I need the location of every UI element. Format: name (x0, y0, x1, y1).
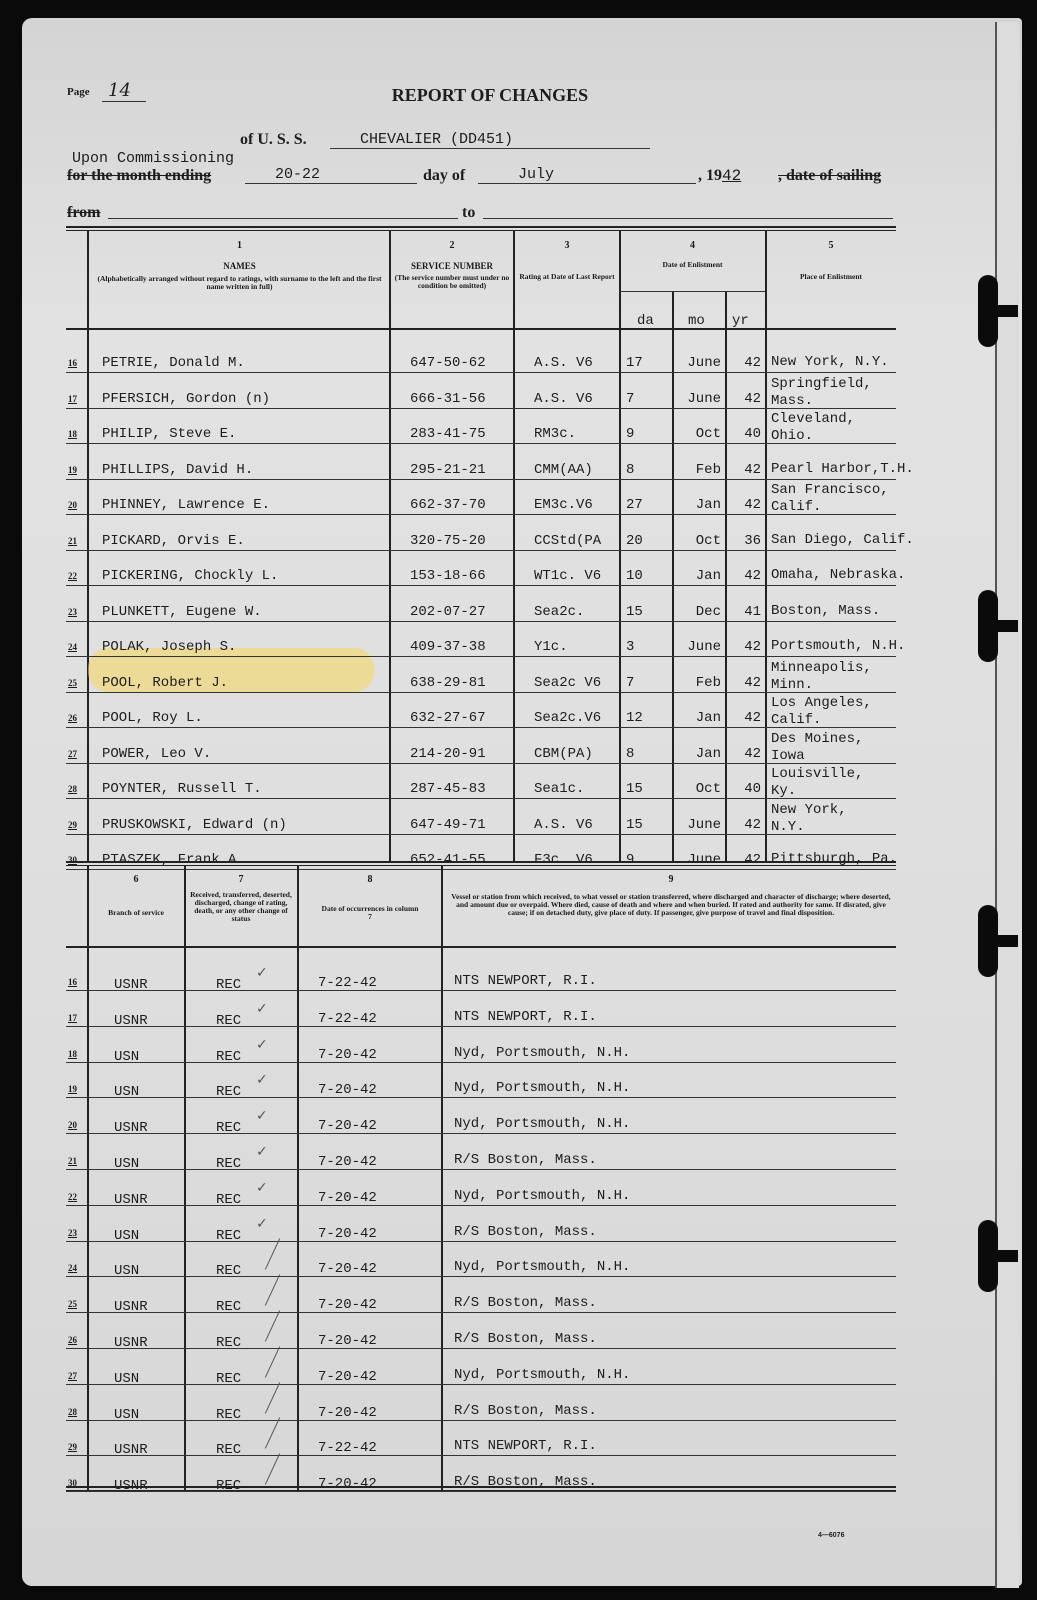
row-rule (66, 1026, 896, 1027)
year-value: 42 (722, 167, 741, 185)
rating: Y1c. (534, 640, 568, 655)
occurrence-date: 7-20-42 (318, 1048, 377, 1063)
rating: A.S. V6 (534, 392, 593, 407)
row-rule (66, 798, 896, 799)
row-number: 20 (68, 500, 77, 510)
column-divider (87, 866, 89, 1490)
occurrence-date: 7-20-42 (318, 1155, 377, 1170)
occurrence-date: 7-20-42 (318, 1370, 377, 1385)
station: Nyd, Portsmouth, N.H. (454, 1081, 630, 1096)
enlist-year: 36 (727, 534, 761, 549)
occurrence-date: 7-20-42 (318, 1119, 377, 1134)
row-rule (66, 479, 896, 480)
column-divider (297, 866, 299, 1490)
column-header-rating: 3 Rating at Date of Last Report (516, 240, 618, 281)
enlist-place-line1: Omaha, Nebraska. (771, 567, 905, 584)
enlist-year: 40 (727, 427, 761, 442)
column-divider (765, 231, 767, 863)
row-number: 20 (68, 1120, 77, 1130)
enlist-month: Jan (674, 569, 721, 584)
section-divider-rule (66, 861, 896, 866)
enlist-place-line1: Portsmouth, N.H. (771, 638, 905, 655)
enlist-day: 15 (626, 605, 643, 620)
row-rule (66, 1491, 896, 1492)
person-name[interactable]: POWER, Leo V. (102, 747, 211, 762)
row-number: 17 (68, 1013, 77, 1023)
service-number: 632-27-67 (410, 711, 486, 726)
subheader-rule (619, 291, 765, 292)
row-rule (66, 1133, 896, 1134)
row-number: 28 (68, 784, 77, 794)
enlist-year: 42 (727, 392, 761, 407)
checkmark-icon: ✓ (256, 1001, 268, 1017)
row-rule (66, 514, 896, 515)
rating: RM3c. (534, 427, 576, 442)
enlist-place: New York, N.Y. (771, 802, 847, 836)
enlist-year: 41 (727, 605, 761, 620)
checkmark-icon: ✓ (256, 1072, 268, 1088)
enlist-year: 42 (727, 818, 761, 833)
station: R/S Boston, Mass. (454, 1296, 597, 1311)
month-value: July (478, 166, 696, 184)
column-divider (87, 231, 89, 863)
form-number: 4—6076 (818, 1532, 844, 1539)
row-rule (66, 1276, 896, 1277)
binder-strip (995, 22, 1019, 1588)
enlist-year: 42 (727, 640, 761, 655)
enlist-place-line1: Pearl Harbor,T.H. (771, 461, 914, 478)
row-rule (66, 869, 896, 870)
enlist-month: June (674, 640, 721, 655)
row-number: 21 (68, 1156, 77, 1166)
enlist-place: Boston, Mass. (771, 603, 880, 620)
row-number: 17 (68, 394, 77, 404)
row-rule (66, 1205, 896, 1206)
binder-clip-icon (978, 905, 998, 977)
row-number: 24 (68, 1263, 77, 1273)
rating: Sea1c. (534, 782, 584, 797)
occurrence-date: 7-20-42 (318, 1334, 377, 1349)
enlist-month: Feb (674, 676, 721, 691)
person-name[interactable]: PHILIP, Steve E. (102, 427, 236, 442)
enlist-place-line1: Springfield, (771, 376, 872, 393)
enlist-year: 40 (727, 782, 761, 797)
enlist-day: 3 (626, 640, 634, 655)
binder-clip-icon (978, 1220, 998, 1292)
rating: EM3c.V6 (534, 498, 593, 513)
enlist-place: Louisville, Ky. (771, 766, 863, 800)
row-number: 27 (68, 749, 77, 759)
station: R/S Boston, Mass. (454, 1153, 597, 1168)
station: R/S Boston, Mass. (454, 1225, 597, 1240)
row-rule (66, 990, 896, 991)
checkmark-icon: ✓ (256, 1180, 268, 1196)
header-bottom-rule (66, 328, 896, 330)
enlist-day: 27 (626, 498, 643, 513)
column-divider (441, 866, 443, 1490)
enlist-day: 7 (626, 676, 634, 691)
to-field-line (483, 218, 893, 219)
enlist-place: Des Moines, Iowa (771, 731, 863, 765)
ship-name: CHEVALIER (DD451) (330, 131, 650, 149)
month-ending-label: for the month ending (67, 167, 211, 185)
enlist-year: 42 (727, 569, 761, 584)
row-number: 16 (68, 358, 77, 368)
row-rule (66, 727, 896, 728)
column-divider (184, 866, 186, 1490)
row-number: 16 (68, 977, 77, 987)
rating: Sea2c. (534, 605, 584, 620)
row-number: 24 (68, 642, 77, 652)
service-number: 202-07-27 (410, 605, 486, 620)
enlist-month: Oct (674, 534, 721, 549)
column-divider (389, 231, 391, 863)
row-number: 26 (68, 1335, 77, 1345)
enlist-day: 8 (626, 747, 634, 762)
header-bottom-rule (66, 946, 896, 948)
enlist-place-line1: New York, N.Y. (771, 354, 889, 371)
enlist-year: 42 (727, 676, 761, 691)
person-name[interactable]: POOL, Roy L. (102, 711, 203, 726)
person-name[interactable]: PLUNKETT, Eugene W. (102, 605, 262, 620)
enlist-place: Omaha, Nebraska. (771, 567, 905, 584)
service-number: 320-75-20 (410, 534, 486, 549)
enlist-month: Jan (674, 711, 721, 726)
station: NTS NEWPORT, R.I. (454, 1439, 597, 1454)
row-rule (66, 372, 896, 373)
person-name[interactable]: PICKERING, Chockly L. (102, 569, 278, 584)
station: NTS NEWPORT, R.I. (454, 1010, 597, 1025)
column-divider (513, 231, 515, 863)
row-rule (66, 1062, 896, 1063)
column-header-place: 5 Place of Enlistment (767, 240, 895, 281)
enlist-place: Minneapolis, Minn. (771, 660, 872, 694)
binder-clip-icon (978, 275, 998, 347)
row-number: 19 (68, 1084, 77, 1094)
row-number: 29 (68, 1442, 77, 1452)
occurrence-date: 7-22-42 (318, 1012, 377, 1027)
enlist-place-line1: Louisville, (771, 766, 863, 783)
person-name[interactable]: PFERSICH, Gordon (n) (102, 392, 270, 407)
occurrence-date: 7-22-42 (318, 1441, 377, 1456)
enlist-month: Dec (674, 605, 721, 620)
enlist-month: Oct (674, 427, 721, 442)
uss-label: of U. S. S. (240, 131, 307, 149)
enlist-day: 12 (626, 711, 643, 726)
column-header-enlistment-date: 4 Date of Enlistment (620, 240, 765, 269)
column-header-year: yr (732, 314, 749, 329)
row-rule (66, 1241, 896, 1242)
row-number: 18 (68, 429, 77, 439)
enlist-place: Springfield, Mass. (771, 376, 872, 410)
station: Nyd, Portsmouth, N.H. (454, 1260, 630, 1275)
rating: Sea2c V6 (534, 676, 601, 691)
service-number: 662-37-70 (410, 498, 486, 513)
enlist-day: 10 (626, 569, 643, 584)
year-label: , 19 (698, 167, 722, 184)
occurrence-date: 7-20-42 (318, 1406, 377, 1421)
row-rule (66, 1384, 896, 1385)
station: R/S Boston, Mass. (454, 1404, 597, 1419)
enlist-day: 17 (626, 356, 643, 371)
enlist-month: Jan (674, 498, 721, 513)
enlist-place-line1: Minneapolis, (771, 660, 872, 677)
rating: A.S. V6 (534, 818, 593, 833)
from-field-line (108, 218, 458, 219)
to-label: to (462, 204, 475, 222)
binder-clip-icon (978, 590, 998, 662)
row-number: 25 (68, 1299, 77, 1309)
row-rule (66, 621, 896, 622)
checkmark-icon: ✓ (256, 965, 268, 981)
occurrence-date: 7-22-42 (318, 976, 377, 991)
row-number: 18 (68, 1049, 77, 1059)
row-rule (66, 834, 896, 835)
checkmark-icon: ✓ (256, 1144, 268, 1160)
enlist-day: 15 (626, 818, 643, 833)
occurrence-date: 7-20-42 (318, 1191, 377, 1206)
enlist-day: 7 (626, 392, 634, 407)
row-rule (66, 656, 896, 657)
column-header-month: mo (688, 314, 705, 329)
enlist-place: Cleveland, Ohio. (771, 411, 855, 445)
service-number: 283-41-75 (410, 427, 486, 442)
enlist-day: 15 (626, 782, 643, 797)
person-name[interactable]: PRUSKOWSKI, Edward (n) (102, 818, 287, 833)
column-divider (619, 231, 621, 863)
station: Nyd, Portsmouth, N.H. (454, 1368, 630, 1383)
enlist-month: Jan (674, 747, 721, 762)
service-number: 153-18-66 (410, 569, 486, 584)
service-number: 647-50-62 (410, 356, 486, 371)
enlist-month: Oct (674, 782, 721, 797)
row-rule (66, 550, 896, 551)
row-number: 28 (68, 1407, 77, 1417)
row-number: 25 (68, 678, 77, 688)
person-name[interactable]: PHILLIPS, David H. (102, 463, 253, 478)
occurrence-date: 7-20-42 (318, 1227, 377, 1242)
rating: WT1c. V6 (534, 569, 601, 584)
checkmark-icon: ✓ (256, 1037, 268, 1053)
row-rule (66, 1348, 896, 1349)
rating: A.S. V6 (534, 356, 593, 371)
enlist-year: 42 (727, 747, 761, 762)
rating: CBM(PA) (534, 747, 593, 762)
enlist-place: Portsmouth, N.H. (771, 638, 905, 655)
page-title: REPORT OF CHANGES (0, 85, 980, 106)
row-rule (66, 1420, 896, 1421)
station: R/S Boston, Mass. (454, 1332, 597, 1347)
enlist-month: Feb (674, 463, 721, 478)
column-header-station: 9 Vessel or station from which received,… (448, 874, 894, 917)
service-number: 638-29-81 (410, 676, 486, 691)
occurrence-date: 7-20-42 (318, 1262, 377, 1277)
column-header-names: 1 NAMES (Alphabetically arranged without… (92, 240, 387, 291)
person-name[interactable]: POYNTER, Russell T. (102, 782, 262, 797)
year-field: , 1942 (698, 167, 741, 185)
column-header-service-number: 2 SERVICE NUMBER (The service number mus… (392, 240, 512, 290)
enlist-place-line1: San Diego, Calif. (771, 532, 914, 549)
enlist-day: 8 (626, 463, 634, 478)
row-rule (66, 585, 896, 586)
row-rule (66, 1455, 896, 1456)
row-rule (66, 1169, 896, 1170)
enlist-place: New York, N.Y. (771, 354, 889, 371)
row-rule (66, 408, 896, 409)
row-number: 22 (68, 1192, 77, 1202)
service-number: 295-21-21 (410, 463, 486, 478)
enlist-place-line1: New York, (771, 802, 847, 819)
table-bottom-rule (66, 1486, 896, 1491)
enlist-month: June (674, 392, 721, 407)
row-number: 23 (68, 607, 77, 617)
rating: CMM(AA) (534, 463, 593, 478)
rating: Sea2c.V6 (534, 711, 601, 726)
row-number: 23 (68, 1228, 77, 1238)
row-number: 26 (68, 713, 77, 723)
enlist-place: Los Angeles, Calif. (771, 695, 872, 729)
checkmark-icon: ✓ (256, 1108, 268, 1124)
service-number: 287-45-83 (410, 782, 486, 797)
station: Nyd, Portsmouth, N.H. (454, 1117, 630, 1132)
row-rule (66, 692, 896, 693)
enlist-place-line1: San Francisco, (771, 482, 889, 499)
row-rule (66, 763, 896, 764)
row-rule (66, 1312, 896, 1313)
row-rule (66, 1097, 896, 1098)
person-name[interactable]: PICKARD, Orvis E. (102, 534, 245, 549)
enlist-place: Pearl Harbor,T.H. (771, 461, 914, 478)
person-name[interactable]: POLAK, Joseph S. (102, 640, 236, 655)
column-header-change-type: 7 Received, transferred, deserted, disch… (188, 874, 294, 923)
rating: CCStd(PA (534, 534, 601, 549)
enlist-year: 42 (727, 498, 761, 513)
row-number: 27 (68, 1371, 77, 1381)
service-number: 666-31-56 (410, 392, 486, 407)
occurrence-date: 7-20-42 (318, 1083, 377, 1098)
enlist-month: June (674, 356, 721, 371)
checkmark-icon: ✓ (256, 1216, 268, 1232)
row-number: 21 (68, 536, 77, 546)
enlist-month: June (674, 818, 721, 833)
station: NTS NEWPORT, R.I. (454, 974, 597, 989)
from-label: from (67, 204, 100, 222)
table-top-rule (66, 226, 896, 231)
row-number: 29 (68, 820, 77, 830)
station: Nyd, Portsmouth, N.H. (454, 1189, 630, 1204)
enlist-year: 42 (727, 356, 761, 371)
upon-commissioning-note: Upon Commissioning (72, 150, 234, 167)
station: Nyd, Portsmouth, N.H. (454, 1046, 630, 1061)
service-number: 214-20-91 (410, 747, 486, 762)
column-header-branch: 6 Branch of service (89, 874, 183, 917)
column-header-day: da (637, 314, 654, 329)
enlist-place: San Diego, Calif. (771, 532, 914, 549)
enlist-place-line1: Boston, Mass. (771, 603, 880, 620)
day-of-label: day of (423, 167, 465, 185)
enlist-day: 20 (626, 534, 643, 549)
enlist-place: San Francisco, Calif. (771, 482, 889, 516)
enlist-year: 42 (727, 711, 761, 726)
enlist-place-line1: Los Angeles, (771, 695, 872, 712)
enlist-place-line1: Cleveland, (771, 411, 855, 428)
row-rule (66, 443, 896, 444)
enlist-day: 9 (626, 427, 634, 442)
row-number: 22 (68, 571, 77, 581)
occurrence-date: 7-20-42 (318, 1298, 377, 1313)
column-header-occurrence-date: 8 Date of occurrences in column 7 (300, 874, 440, 921)
date-of-sailing-label: , date of sailing (778, 167, 881, 185)
service-number: 409-37-38 (410, 640, 486, 655)
enlist-year: 42 (727, 463, 761, 478)
day-value: 20-22 (245, 166, 417, 184)
enlist-place-line1: Des Moines, (771, 731, 863, 748)
service-number: 647-49-71 (410, 818, 486, 833)
row-number: 19 (68, 465, 77, 475)
person-name[interactable]: PETRIE, Donald M. (102, 356, 245, 371)
person-name[interactable]: PHINNEY, Lawrence E. (102, 498, 270, 513)
person-name[interactable]: POOL, Robert J. (102, 676, 228, 691)
